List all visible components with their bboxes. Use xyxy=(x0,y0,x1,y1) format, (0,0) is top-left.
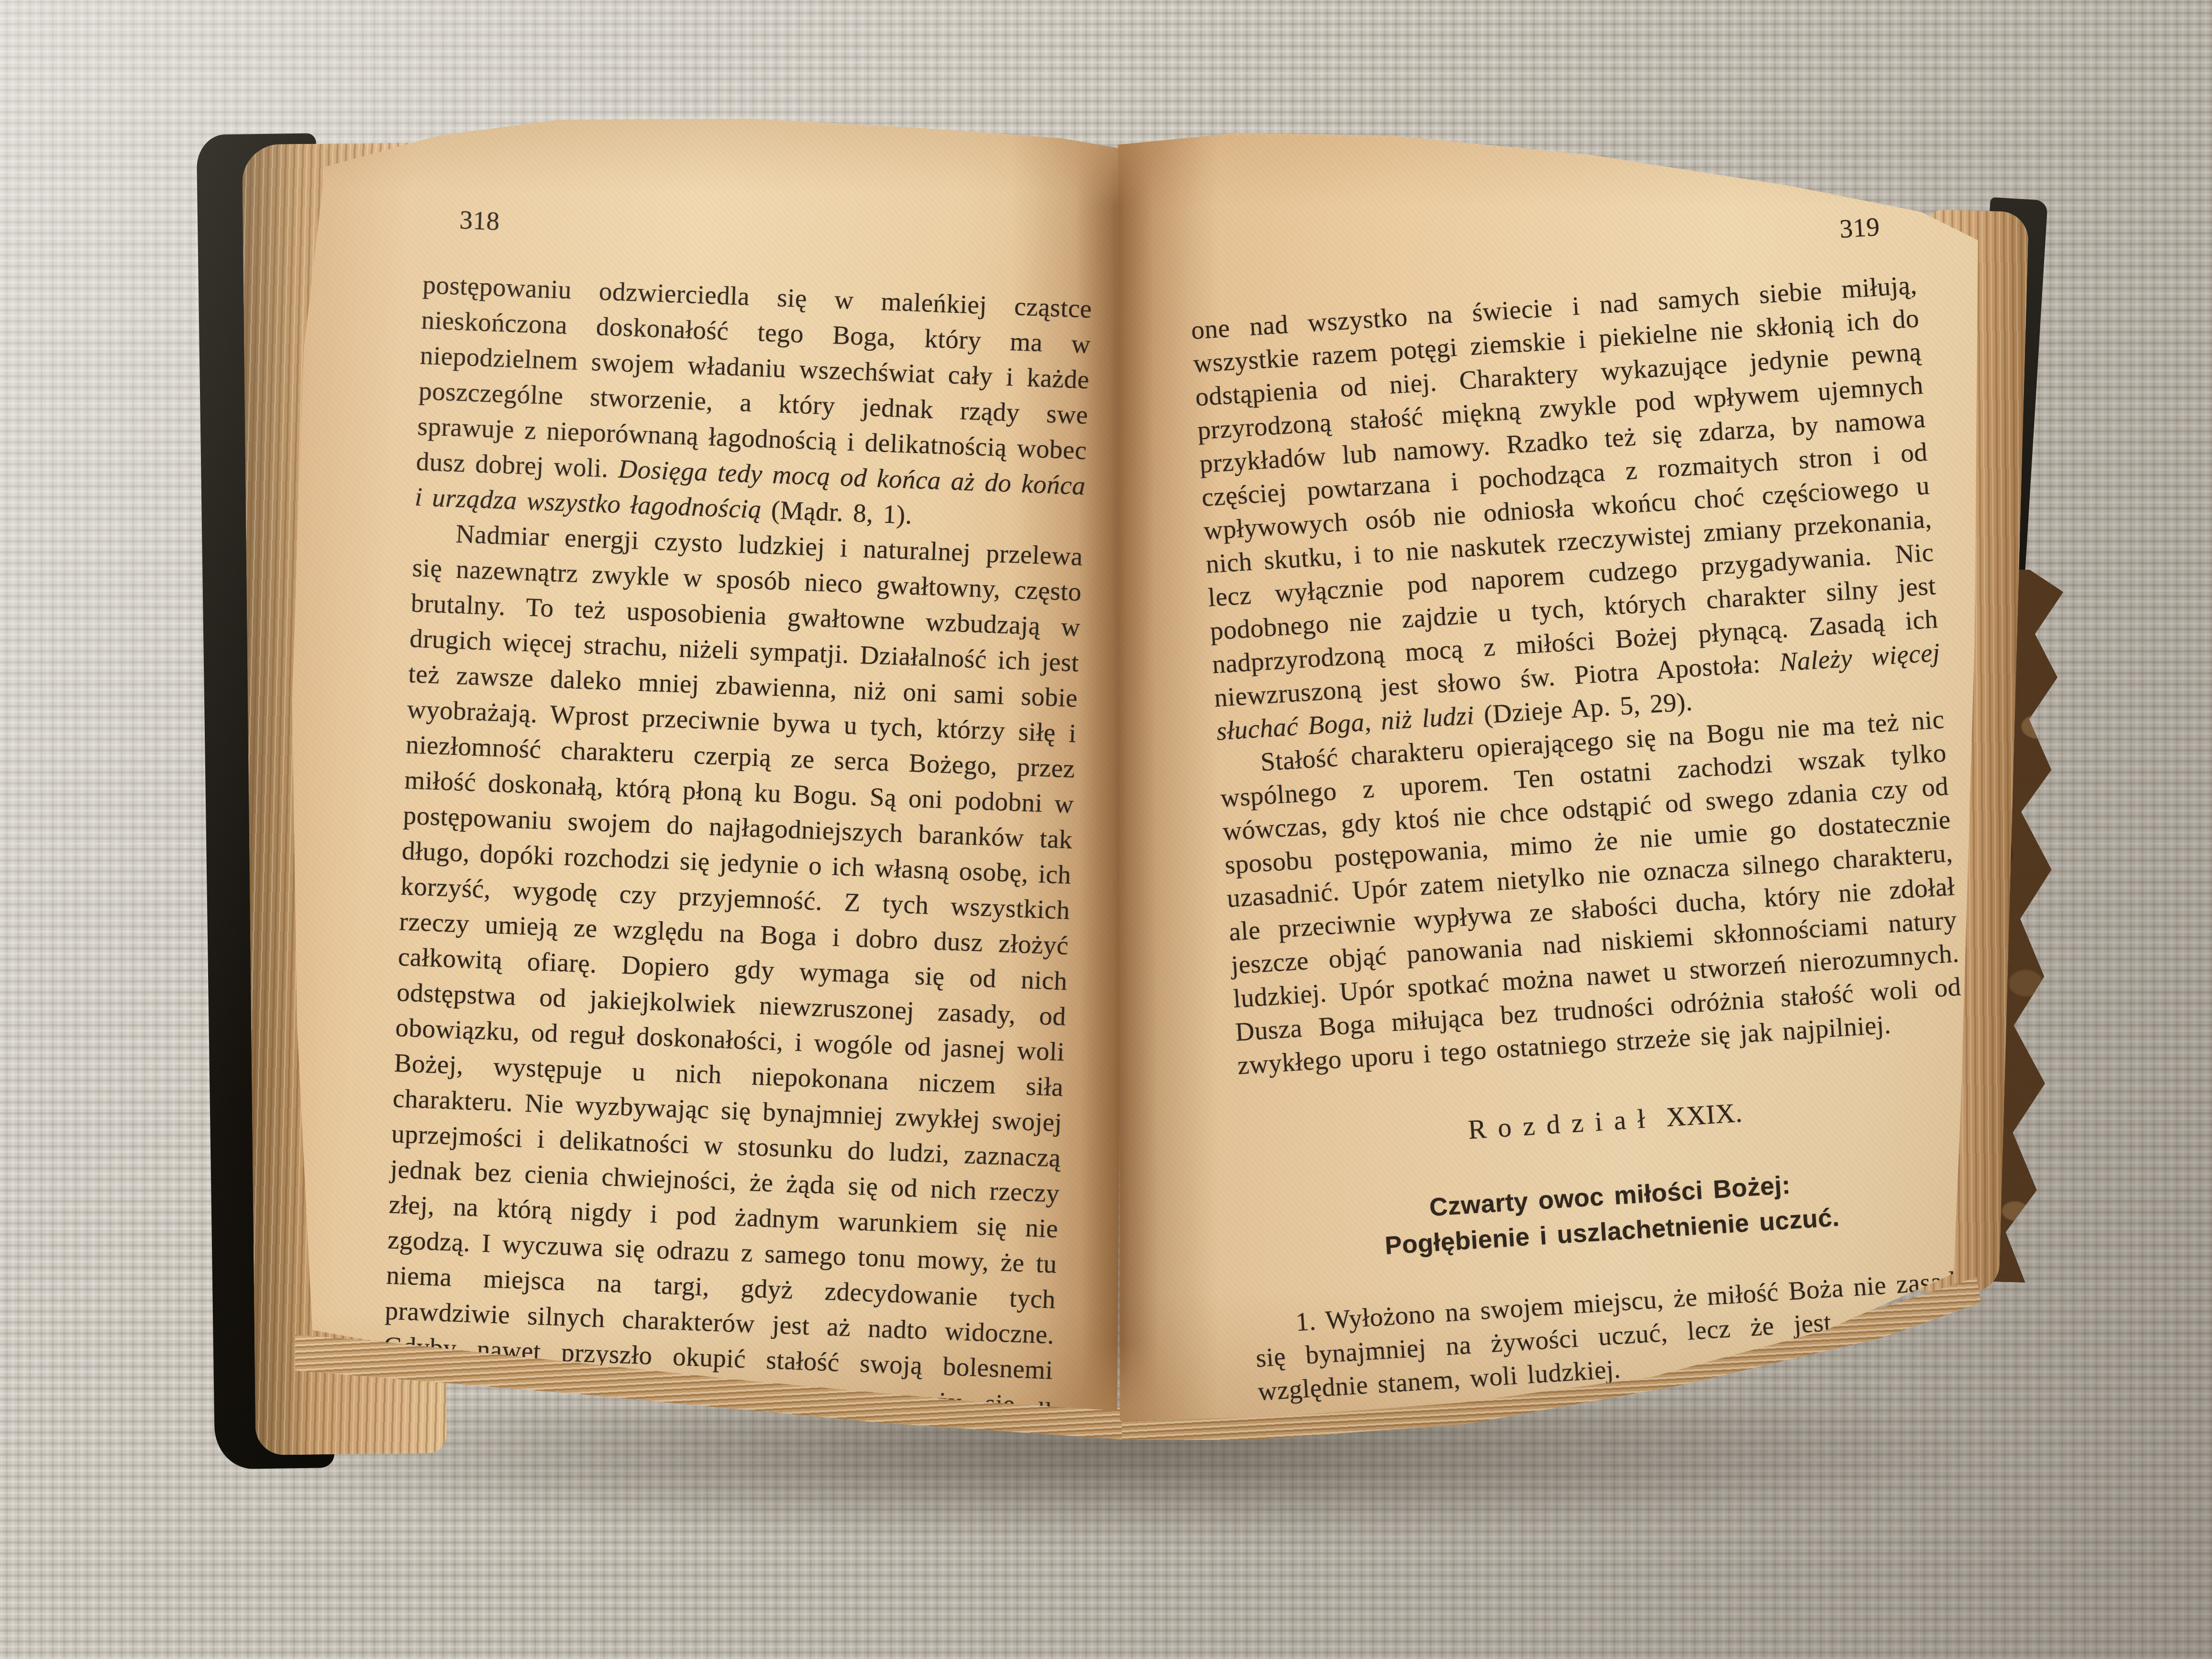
chapter-heading-word: Rozdział xyxy=(1467,1103,1657,1145)
paragraph-text: postępowaniu odzwierciedla się w maleńki… xyxy=(416,270,1093,483)
right-page-text-block: 319 one nad wszystko na świecie i nad sa… xyxy=(1186,208,1985,1409)
scripture-citation: (Mądr. 8, 1). xyxy=(761,495,913,530)
book-photo-scene: 318 postępowaniu odzwierciedla się w mal… xyxy=(0,0,2212,1659)
page-number-left: 318 xyxy=(459,202,1095,261)
left-page: 318 postępowaniu odzwierciedla się w mal… xyxy=(287,115,1129,1416)
body-paragraph: Stałość charakteru opierającego się na B… xyxy=(1217,703,1964,1083)
body-paragraph: one nad wszystko na świecie i nad samych… xyxy=(1190,268,1943,748)
left-page-text-block: 318 postępowaniu odzwierciedla się w mal… xyxy=(379,201,1095,1494)
chapter-heading-numeral: XXIX. xyxy=(1665,1098,1743,1133)
body-paragraph: Nadmiar energji czysto ludzkiej i natura… xyxy=(379,515,1084,1494)
gutter-shadow xyxy=(1075,144,1159,1407)
right-page: 319 one nad wszystko na świecie i nad sa… xyxy=(1115,129,1981,1421)
chapter-heading: Rozdział XXIX. xyxy=(1241,1082,1969,1161)
chapter-subtitle: Czwarty owoc miłości Bożej:Pogłębienie i… xyxy=(1246,1156,1976,1272)
body-paragraph: postępowaniu odzwierciedla się w maleńki… xyxy=(414,267,1093,539)
